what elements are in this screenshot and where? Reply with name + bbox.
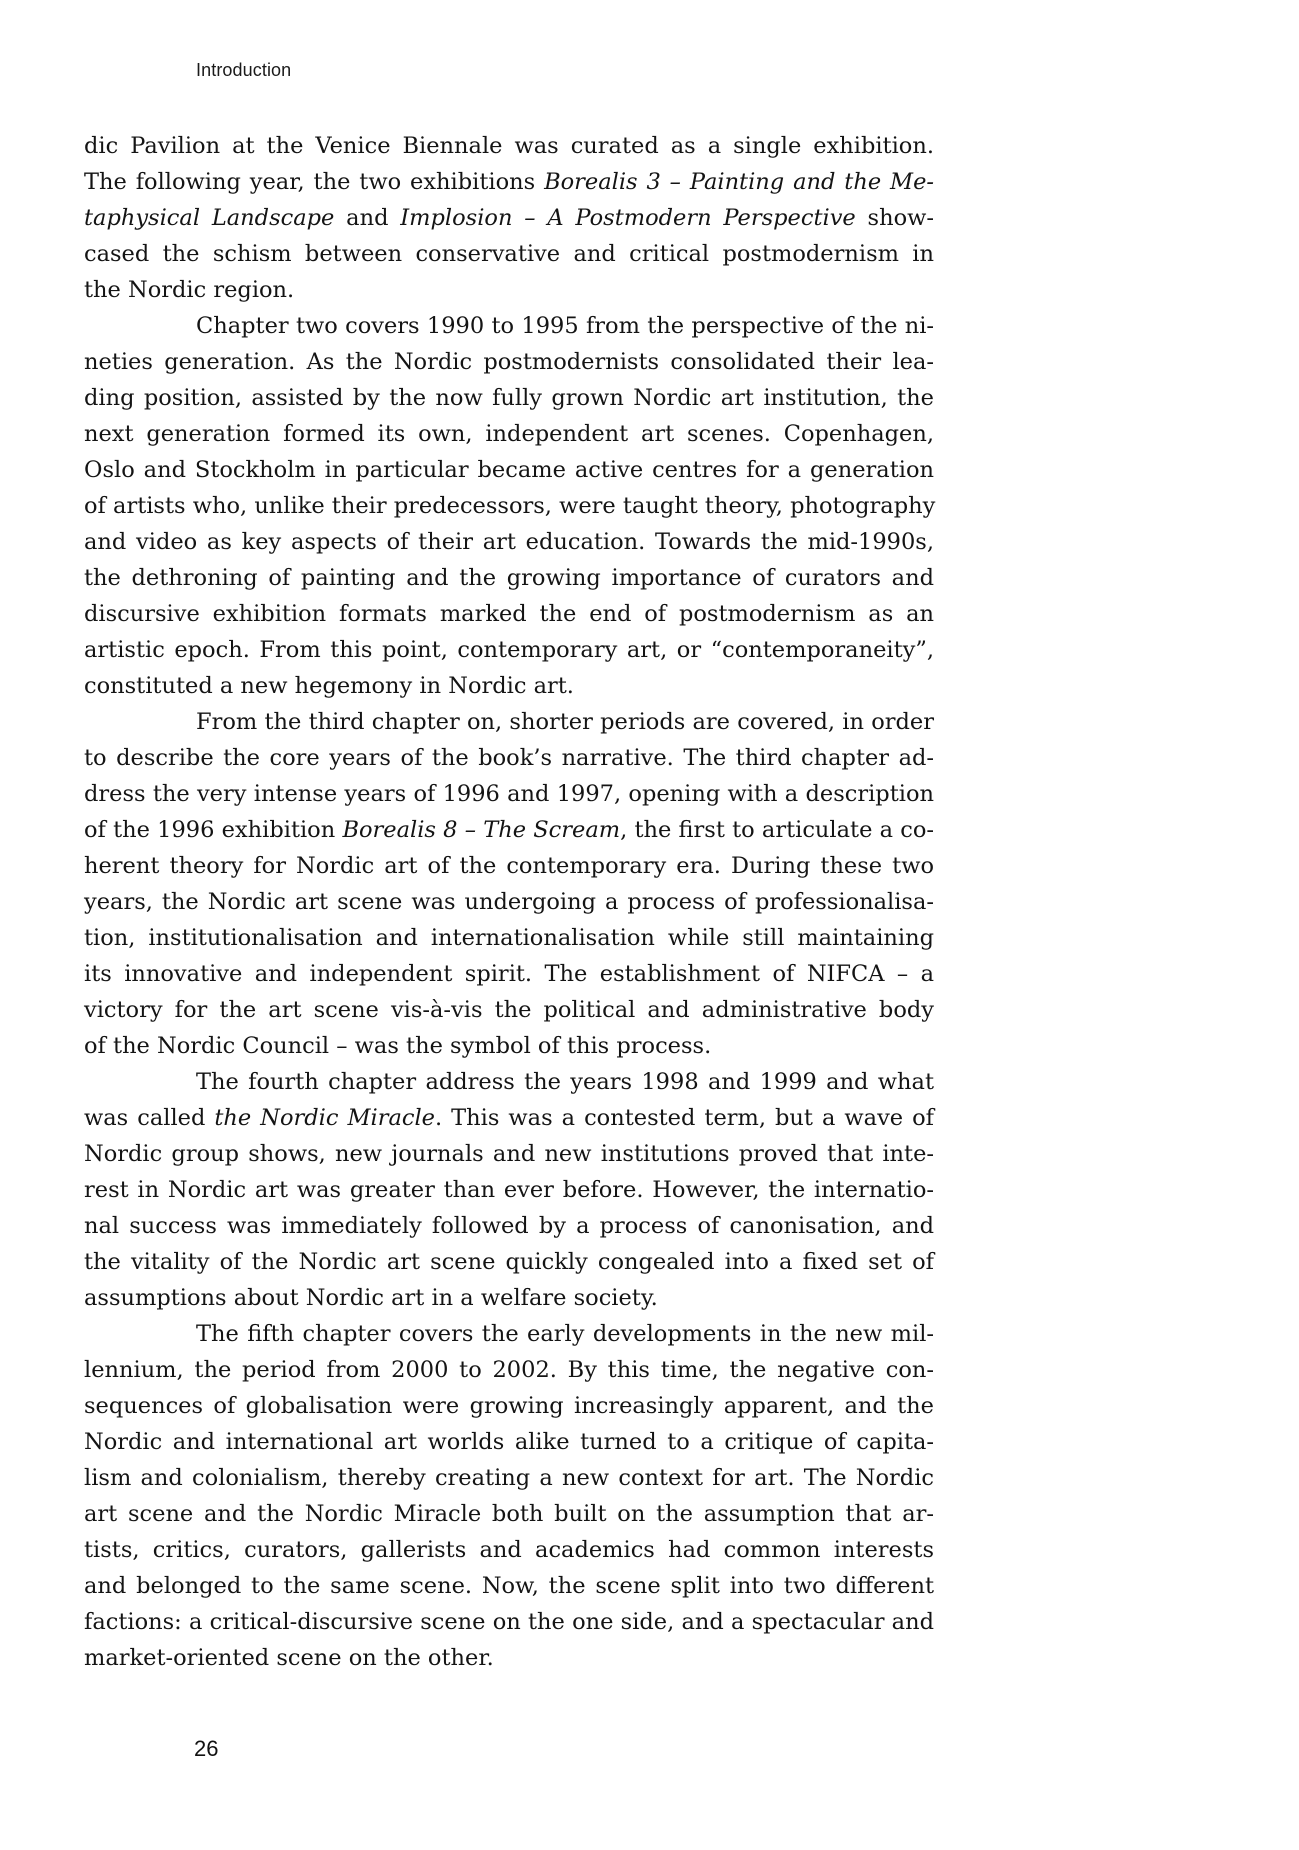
- text-line: discursive exhibition formats marked the…: [84, 596, 934, 632]
- text-line: and video as key aspects of their art ed…: [84, 524, 934, 560]
- text-run: Chapter two covers 1990 to 1995 from the…: [196, 313, 934, 339]
- text-run: neties generation. As the Nordic postmod…: [84, 349, 934, 375]
- text-run: of the 1996 exhibition: [84, 817, 342, 843]
- text-run: cased the schism between conservative an…: [84, 241, 934, 267]
- text-run: dic Pavilion at the Venice Biennale was …: [84, 133, 934, 159]
- text-line: factions: a critical-discursive scene on…: [84, 1604, 934, 1640]
- text-run: dress the very intense years of 1996 and…: [84, 781, 934, 807]
- text-run: victory for the art scene vis-à-vis the …: [84, 997, 934, 1023]
- text-run: The following year, the two exhibitions: [84, 169, 544, 195]
- text-line: tists, critics, curators, gallerists and…: [84, 1532, 934, 1568]
- text-run: factions: a critical-discursive scene on…: [84, 1609, 934, 1635]
- paragraph: The fifth chapter covers the early devel…: [84, 1316, 934, 1676]
- text-run: lennium, the period from 2000 to 2002. B…: [84, 1357, 934, 1383]
- text-run: nal success was immediately followed by …: [84, 1213, 934, 1239]
- running-head: Introduction: [196, 60, 291, 81]
- text-run: of artists who, unlike their predecessor…: [84, 493, 935, 519]
- text-run: and: [334, 205, 400, 231]
- text-line: tion, institutionalisation and internati…: [84, 920, 934, 956]
- text-run: sequences of globalisation were growing …: [84, 1393, 934, 1419]
- text-run: artistic epoch. From this point, contemp…: [84, 637, 934, 663]
- body-text: dic Pavilion at the Venice Biennale was …: [84, 128, 934, 1676]
- text-run: . This was a contested term, but a wave …: [435, 1105, 934, 1131]
- text-run: , the first to articulate a co-: [620, 817, 934, 843]
- text-line: lennium, the period from 2000 to 2002. B…: [84, 1352, 934, 1388]
- text-run: years, the Nordic art scene was undergoi…: [84, 889, 934, 915]
- text-line: dress the very intense years of 1996 and…: [84, 776, 934, 812]
- text-line: was called the Nordic Miracle. This was …: [84, 1100, 934, 1136]
- text-line: neties generation. As the Nordic postmod…: [84, 344, 934, 380]
- text-line: ding position, assisted by the now fully…: [84, 380, 934, 416]
- text-run: constituted a new hegemony in Nordic art…: [84, 673, 574, 699]
- text-run: lism and colonialism, thereby creating a…: [84, 1465, 934, 1491]
- text-line: Oslo and Stockholm in particular became …: [84, 452, 934, 488]
- text-line: rest in Nordic art was greater than ever…: [84, 1172, 934, 1208]
- text-run: The fifth chapter covers the early devel…: [196, 1321, 934, 1347]
- text-run: next generation formed its own, independ…: [84, 421, 934, 447]
- text-line: years, the Nordic art scene was undergoi…: [84, 884, 934, 920]
- text-line: the dethroning of painting and the growi…: [84, 560, 934, 596]
- text-run: to describe the core years of the book’s…: [84, 745, 934, 771]
- text-line: next generation formed its own, independ…: [84, 416, 934, 452]
- text-run: its innovative and independent spirit. T…: [84, 961, 934, 987]
- text-run: and video as key aspects of their art ed…: [84, 529, 934, 555]
- italic-title: Implosion – A Postmodern Perspective: [400, 205, 855, 231]
- text-run: tists, critics, curators, gallerists and…: [84, 1537, 934, 1563]
- text-line: of the 1996 exhibition Borealis 8 – The …: [84, 812, 934, 848]
- text-line: assumptions about Nordic art in a welfar…: [84, 1280, 934, 1316]
- text-line: sequences of globalisation were growing …: [84, 1388, 934, 1424]
- text-run: market-oriented scene on the other.: [84, 1645, 494, 1671]
- text-line: lism and colonialism, thereby creating a…: [84, 1460, 934, 1496]
- text-run: the vitality of the Nordic art scene qui…: [84, 1249, 934, 1275]
- text-line: artistic epoch. From this point, contemp…: [84, 632, 934, 668]
- text-run: The fourth chapter address the years 199…: [196, 1069, 934, 1095]
- text-run: and belonged to the same scene. Now, the…: [84, 1573, 934, 1599]
- text-line: taphysical Landscape and Implosion – A P…: [84, 200, 934, 236]
- italic-title: Borealis 8 – The Scream: [342, 817, 620, 843]
- text-line: herent theory for Nordic art of the cont…: [84, 848, 934, 884]
- italic-title: Borealis 3 – Painting and the Me-: [544, 169, 934, 195]
- text-line: the vitality of the Nordic art scene qui…: [84, 1244, 934, 1280]
- paragraph: From the third chapter on, shorter perio…: [84, 704, 934, 1064]
- text-line: The following year, the two exhibitions …: [84, 164, 934, 200]
- text-line: nal success was immediately followed by …: [84, 1208, 934, 1244]
- text-line: market-oriented scene on the other.: [84, 1640, 934, 1676]
- text-line: art scene and the Nordic Miracle both bu…: [84, 1496, 934, 1532]
- text-line: Chapter two covers 1990 to 1995 from the…: [84, 308, 934, 344]
- text-line: constituted a new hegemony in Nordic art…: [84, 668, 934, 704]
- text-line: victory for the art scene vis-à-vis the …: [84, 992, 934, 1028]
- text-run: assumptions about Nordic art in a welfar…: [84, 1285, 658, 1311]
- text-run: the Nordic region.: [84, 277, 294, 303]
- text-run: Oslo and Stockholm in particular became …: [84, 457, 934, 483]
- paragraph: Chapter two covers 1990 to 1995 from the…: [84, 308, 934, 704]
- text-line: of the Nordic Council – was the symbol o…: [84, 1028, 934, 1064]
- italic-title: the Nordic Miracle: [214, 1105, 435, 1131]
- text-run: Nordic group shows, new journals and new…: [84, 1141, 934, 1167]
- text-run: From the third chapter on, shorter perio…: [196, 709, 934, 735]
- text-line: From the third chapter on, shorter perio…: [84, 704, 934, 740]
- text-run: ding position, assisted by the now fully…: [84, 385, 934, 411]
- text-run: tion, institutionalisation and internati…: [84, 925, 934, 951]
- text-run: was called: [84, 1105, 214, 1131]
- text-line: Nordic group shows, new journals and new…: [84, 1136, 934, 1172]
- text-line: The fourth chapter address the years 199…: [84, 1064, 934, 1100]
- text-run: discursive exhibition formats marked the…: [84, 601, 934, 627]
- text-run: herent theory for Nordic art of the cont…: [84, 853, 934, 879]
- text-run: rest in Nordic art was greater than ever…: [84, 1177, 934, 1203]
- page-number: 26: [194, 1736, 218, 1762]
- text-line: to describe the core years of the book’s…: [84, 740, 934, 776]
- paragraph: The fourth chapter address the years 199…: [84, 1064, 934, 1316]
- text-run: the dethroning of painting and the growi…: [84, 565, 934, 591]
- text-line: and belonged to the same scene. Now, the…: [84, 1568, 934, 1604]
- text-line: dic Pavilion at the Venice Biennale was …: [84, 128, 934, 164]
- text-run: Nordic and international art worlds alik…: [84, 1429, 934, 1455]
- text-line: of artists who, unlike their predecessor…: [84, 488, 934, 524]
- text-line: the Nordic region.: [84, 272, 934, 308]
- italic-title: taphysical Landscape: [84, 205, 334, 231]
- text-line: The fifth chapter covers the early devel…: [84, 1316, 934, 1352]
- text-line: Nordic and international art worlds alik…: [84, 1424, 934, 1460]
- text-run: of the Nordic Council – was the symbol o…: [84, 1033, 711, 1059]
- text-run: show-: [856, 205, 934, 231]
- text-line: its innovative and independent spirit. T…: [84, 956, 934, 992]
- paragraph: dic Pavilion at the Venice Biennale was …: [84, 128, 934, 308]
- text-line: cased the schism between conservative an…: [84, 236, 934, 272]
- text-run: art scene and the Nordic Miracle both bu…: [84, 1501, 934, 1527]
